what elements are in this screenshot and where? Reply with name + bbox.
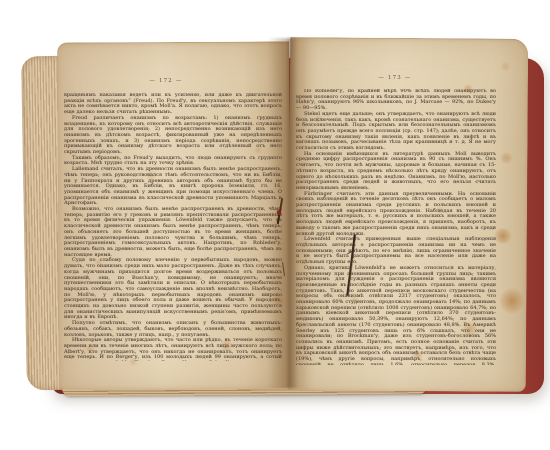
- paragraph: Возможно, что онанизмъ былъ менѣе распро…: [64, 207, 282, 258]
- paragraph: Lallemand считалъ, что въ древности онан…: [64, 167, 282, 207]
- right-page-text: По Rohleder'у, по крайней мѣрѣ 90% всѣхъ…: [296, 89, 496, 365]
- paragraph: Однако, критика Löwenfeld'а не можетъ от…: [296, 266, 496, 365]
- paragraph: Судя по слабому половому влеченію у перв…: [64, 258, 282, 321]
- gutter-red-spot: [277, 210, 281, 215]
- paragraph: Нѣкоторые авторы утверждаютъ, что часто …: [64, 338, 282, 361]
- paragraph: Freud различаетъ онанизмъ по возрастамъ:…: [64, 116, 282, 156]
- left-page-text: вращеніямъ наказанія ведетъ или къ усиле…: [64, 93, 282, 361]
- paragraph: Stekel идетъ еще дальше; онъ утверждаетъ…: [296, 112, 496, 152]
- photo-background: — 172 — — 173 — вращеніямъ наказанія вед…: [0, 0, 550, 450]
- right-page-number: — 173 —: [298, 75, 492, 81]
- left-page-number: — 172 —: [58, 78, 274, 84]
- paragraph: вращеніямъ наказанія ведетъ или къ усиле…: [64, 93, 282, 116]
- paragraph: Попутно отмѣтимъ, что онанизмъ описанъ у…: [64, 321, 282, 338]
- paragraph: На основаніи имѣющихся въ литературѣ дан…: [296, 152, 496, 192]
- paragraph: Fürbringer считаетъ эти данныя преувелич…: [296, 192, 496, 238]
- paragraph: По Rohleder'у, по крайней мѣрѣ 90% всѣхъ…: [296, 89, 496, 112]
- paragraph: Löwenfeld считаетъ приведенныя выше спец…: [296, 237, 496, 266]
